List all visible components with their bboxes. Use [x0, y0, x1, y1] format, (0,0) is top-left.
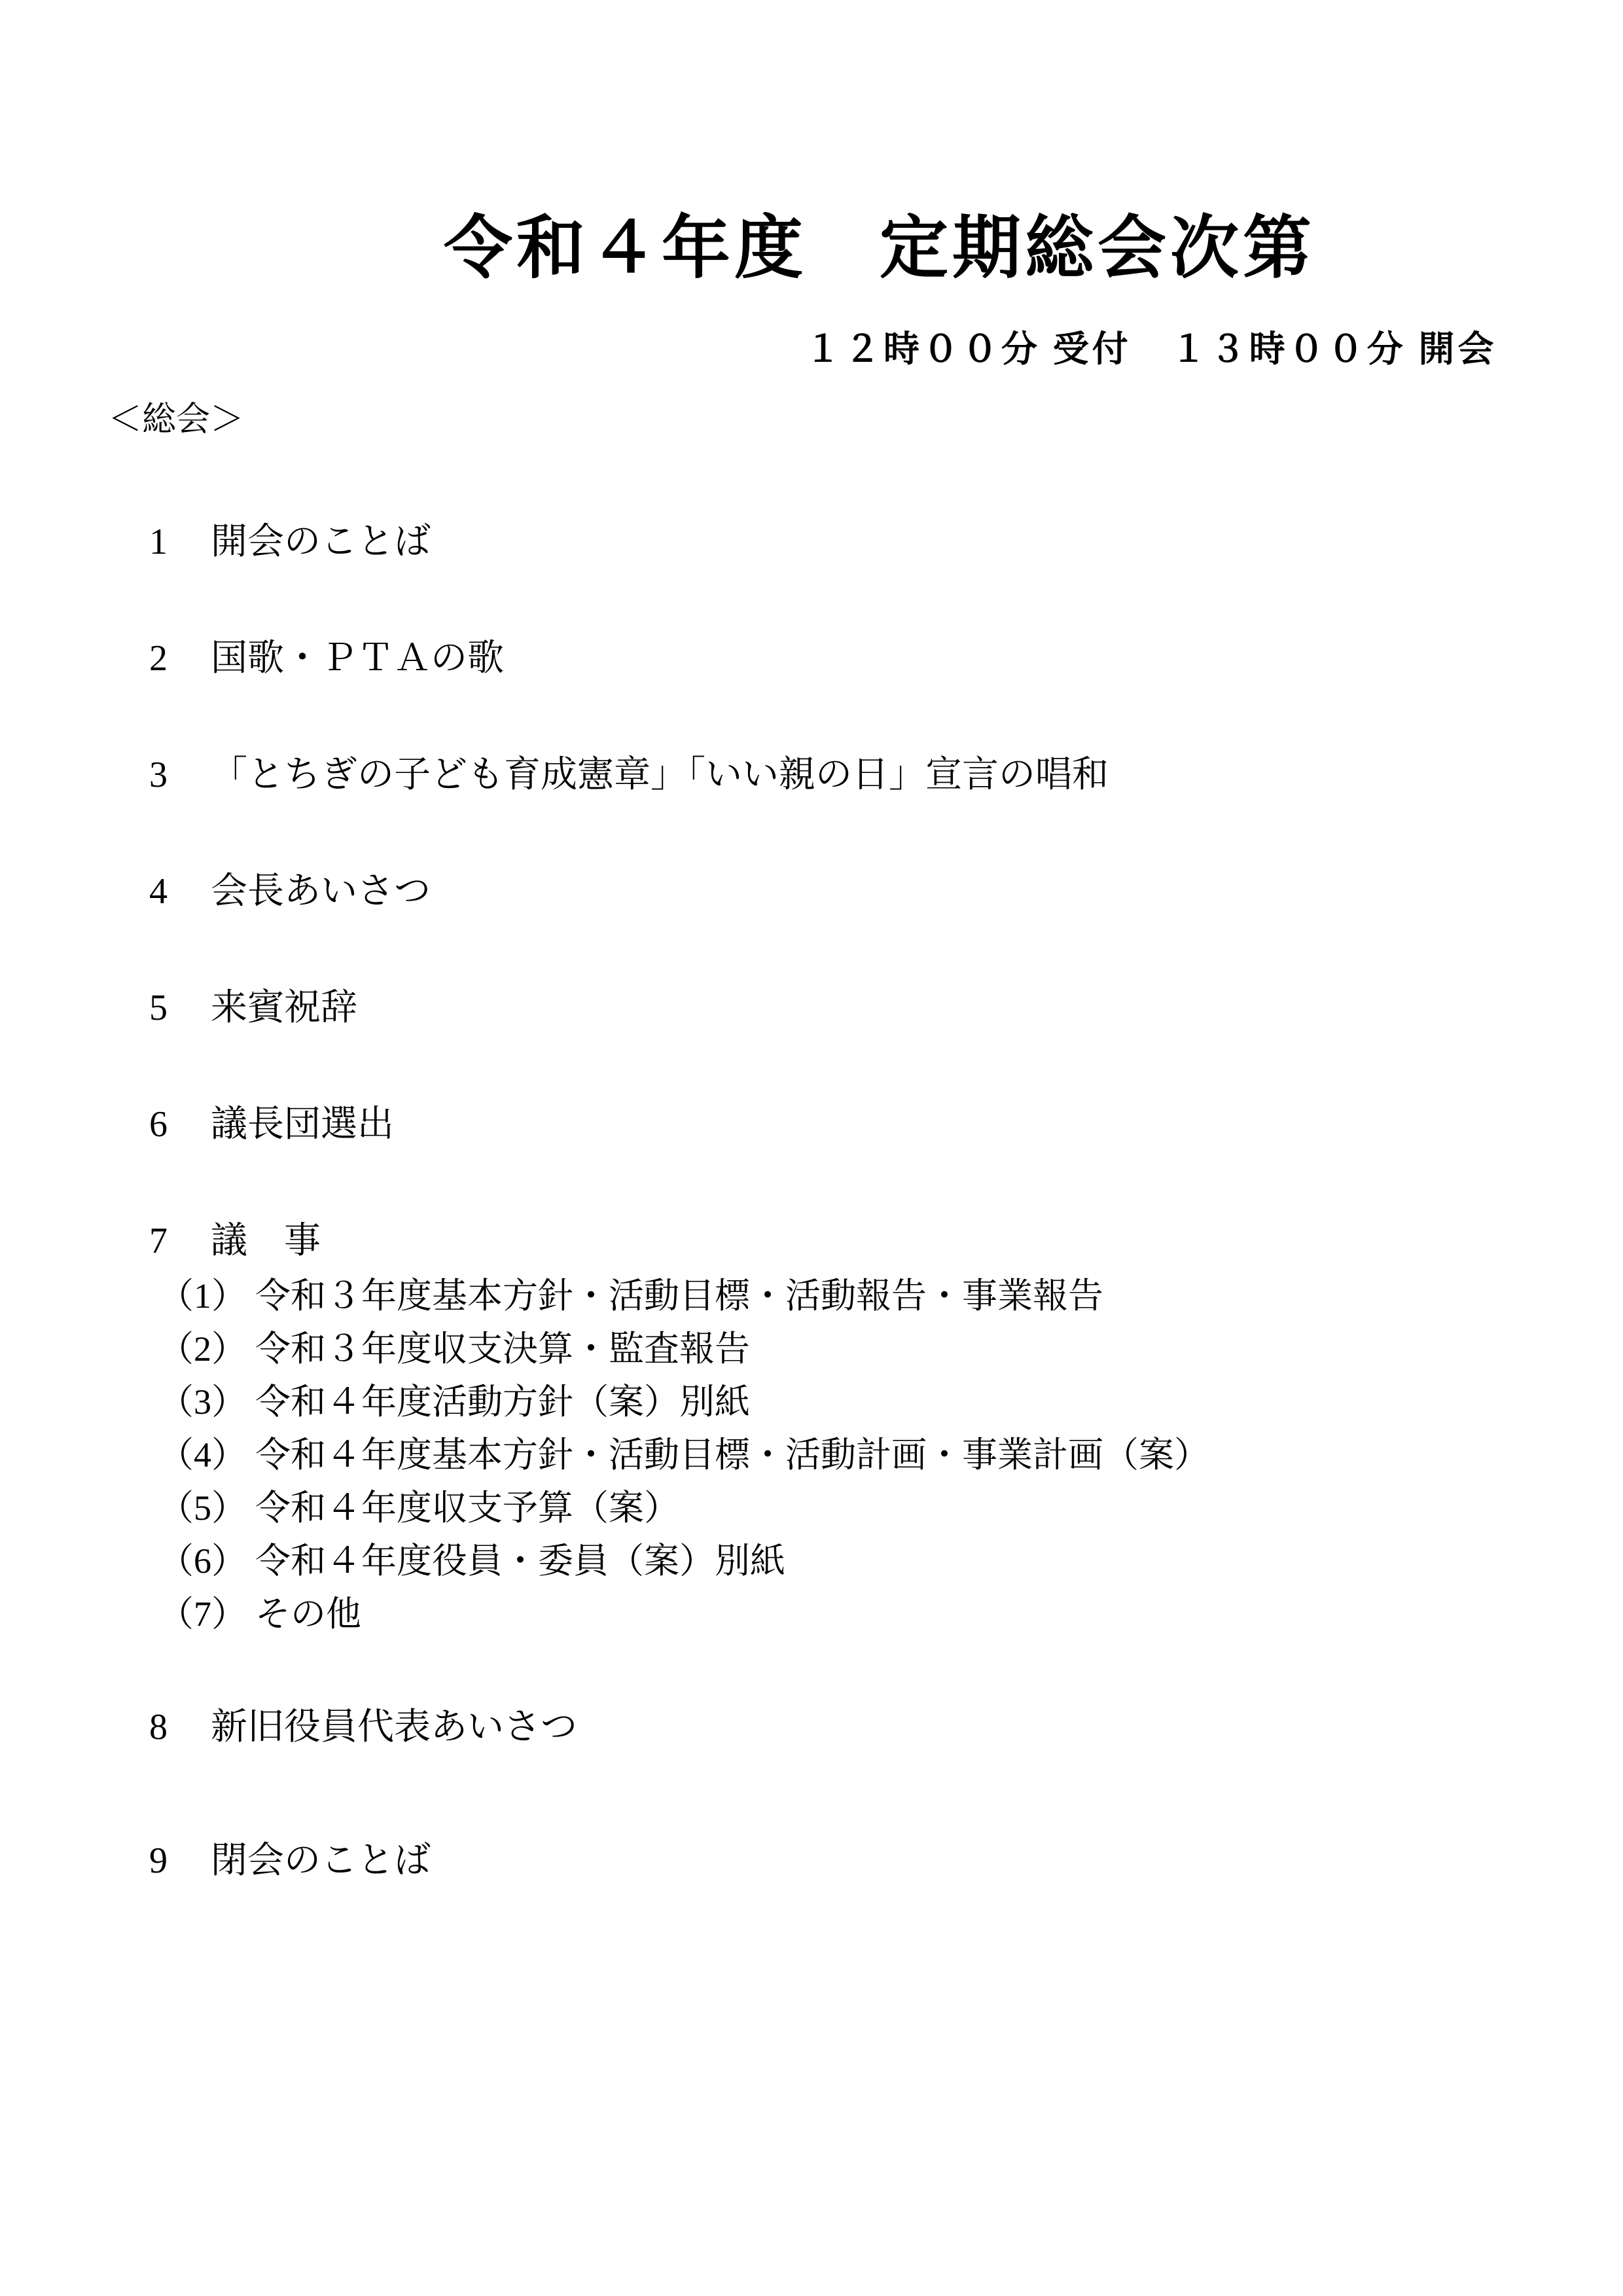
sub-item-7: （7）その他 — [158, 1588, 1623, 1641]
item-number: 1 — [149, 521, 211, 563]
section-heading: ＜総会＞ — [108, 398, 1623, 442]
agenda-item-5: 5来賓祝辞 — [149, 987, 1623, 1029]
item-number: 5 — [149, 987, 211, 1029]
sub-item-6: （6）令和４年度役員・委員（案）別紙 — [158, 1535, 1623, 1588]
item-number: 8 — [149, 1706, 211, 1748]
sub-item-number: （3） — [158, 1376, 255, 1429]
agenda-item-9: 9閉会のことば — [149, 1840, 1623, 1882]
item-number: 3 — [149, 754, 211, 796]
sub-item-number: （6） — [158, 1535, 255, 1588]
sub-item-3: （3）令和４年度活動方針（案）別紙 — [158, 1376, 1623, 1429]
item-number: 7 — [149, 1220, 211, 1262]
sub-item-number: （2） — [158, 1323, 255, 1376]
sub-item-1: （1）令和３年度基本方針・活動目標・活動報告・事業報告 — [158, 1270, 1623, 1323]
item-number: 4 — [149, 870, 211, 912]
sub-item-number: （5） — [158, 1482, 255, 1535]
item-label: 議長団選出 — [211, 1104, 394, 1145]
item-number: 6 — [149, 1103, 211, 1145]
sub-item-number: （4） — [158, 1429, 255, 1482]
sub-item-label: 令和４年度役員・委員（案）別紙 — [255, 1541, 785, 1581]
sub-item-number: （1） — [158, 1270, 255, 1323]
item-number: 2 — [149, 637, 211, 679]
sub-item-label: 令和４年度活動方針（案）別紙 — [255, 1382, 750, 1422]
item-number: 9 — [149, 1840, 211, 1882]
agenda-item-2: 2国歌・ＰＴＡの歌 — [149, 637, 1623, 679]
item-label: 議 事 — [211, 1221, 321, 1261]
item-label: 会長あいさつ — [211, 871, 431, 912]
sub-item-5: （5）令和４年度収支予算（案） — [158, 1482, 1623, 1535]
sub-item-label: 令和３年度基本方針・活動目標・活動報告・事業報告 — [255, 1276, 1103, 1316]
agenda-item-4: 4会長あいさつ — [149, 870, 1623, 912]
sub-item-label: 令和４年度収支予算（案） — [255, 1488, 679, 1528]
sub-item-label: 令和３年度収支決算・監査報告 — [255, 1329, 750, 1369]
sub-item-number: （7） — [158, 1588, 255, 1641]
item-label: 「とちぎの子ども育成憲章」「いい親の日」宣言の唱和 — [211, 755, 1109, 795]
agenda-item-7: 7議 事 — [149, 1220, 1623, 1262]
sub-item-2: （2）令和３年度収支決算・監査報告 — [158, 1323, 1623, 1376]
document-page: 令和４年度 定期総会次第 １２時００分 受付 １３時００分 開会 ＜総会＞ 1開… — [0, 0, 1623, 2296]
item-label: 閉会のことば — [211, 1840, 431, 1881]
agenda-item-6: 6議長団選出 — [149, 1103, 1623, 1145]
agenda-item-8: 8新旧役員代表あいさつ — [149, 1706, 1623, 1748]
agenda-item-3: 3「とちぎの子ども育成憲章」「いい親の日」宣言の唱和 — [149, 754, 1623, 796]
agenda-list: 1開会のことば 2国歌・ＰＴＡの歌 3「とちぎの子ども育成憲章」「いい親の日」宣… — [149, 521, 1623, 1882]
document-title: 令和４年度 定期総会次第 — [444, 203, 1623, 295]
sub-item-list: （1）令和３年度基本方針・活動目標・活動報告・事業報告 （2）令和３年度収支決算… — [158, 1270, 1623, 1641]
agenda-item-1: 1開会のことば — [149, 521, 1623, 563]
item-label: 新旧役員代表あいさつ — [211, 1707, 577, 1748]
schedule-note: １２時００分 受付 １３時００分 開会 — [805, 327, 1623, 372]
item-label: 国歌・ＰＴＡの歌 — [211, 638, 504, 679]
sub-item-4: （4）令和４年度基本方針・活動目標・活動計画・事業計画（案） — [158, 1429, 1623, 1482]
item-label: 来賓祝辞 — [211, 988, 357, 1028]
sub-item-label: 令和４年度基本方針・活動目標・活動計画・事業計画（案） — [255, 1435, 1209, 1475]
item-label: 開会のことば — [211, 522, 431, 562]
sub-item-label: その他 — [255, 1594, 361, 1634]
